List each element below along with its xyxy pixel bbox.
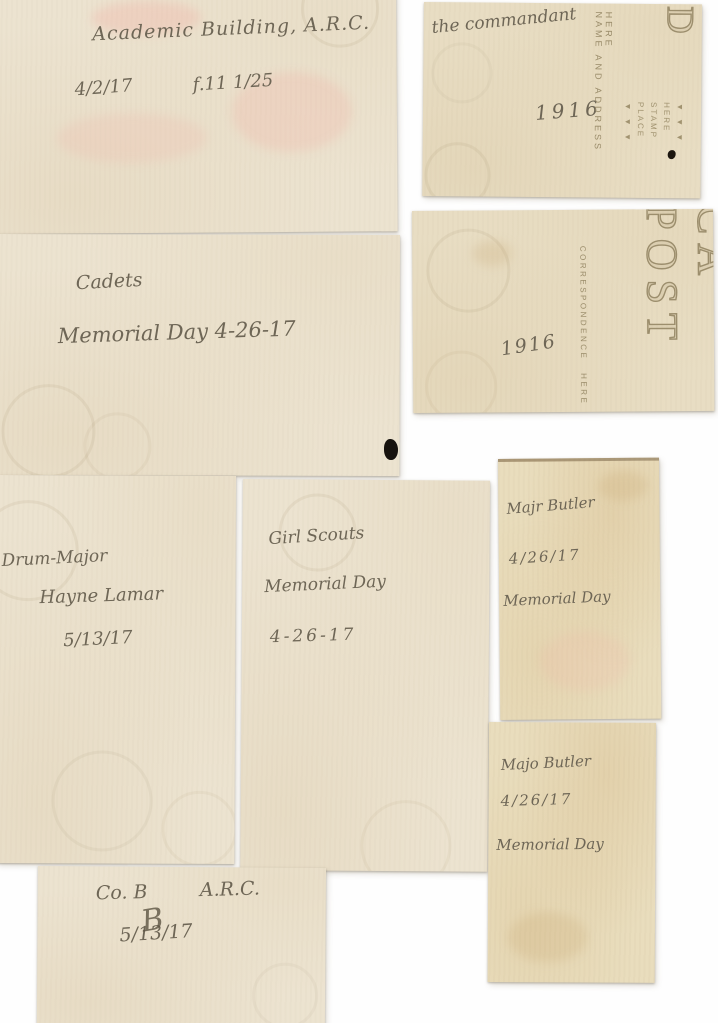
handwriting-date: 5/13/17 [63,627,133,651]
handwriting-caption: the commandant [431,4,577,38]
handwriting-date: 4/26/17 [500,790,572,810]
pink-stain [57,113,207,164]
handwriting-caption: Memorial Day [496,835,604,854]
photo-back-drum-major: Drum-Major Hayne Lamar 5/13/17 [0,475,236,864]
ring-stain [51,750,152,851]
printed-name-address-label: NAME AND ADDRESS HERE [592,11,614,183]
photo-back-academic-building: Academic Building, A.R.C. 4/2/17 f.11 1/… [0,0,398,234]
handwriting-caption: Memorial Day [503,587,611,610]
printed-post-card-text: POST CA [636,209,714,413]
brown-stain [598,471,648,501]
ring-stain [425,350,498,413]
handwriting-caption: Memorial Day 4-26-17 [57,316,296,348]
photo-back-major-butler-2: Majo Butler 4/26/17 Memorial Day [488,722,656,983]
photo-back-major-butler-1: Majr Butler 4/26/17 Memorial Day [498,458,661,720]
printed-stamp-box: ◄ ◄ ◄ PLACE STAMP HERE ◄ ◄ ◄ [620,102,686,189]
handwriting-caption: Memorial Day [264,572,387,598]
photo-back-co-b: Co. B A.R.C. 5/13/17 B [37,866,326,1023]
handwriting-date: 4/2/17 [74,75,133,100]
handwriting-unit: Co. B [96,881,148,904]
handwriting-date: 4-26-17 [270,625,357,647]
ring-stain [252,962,318,1023]
brown-stain [508,912,588,962]
handwriting-name: Majr Butler [506,493,596,518]
printed-correspondence-label: CORRESPONDENCE HERE [578,246,588,408]
postcard-back-1916: 1916 CORRESPONDENCE HERE POST CA [412,209,714,413]
pink-stain [540,631,631,692]
ring-stain [161,791,236,864]
ring-stain [1,384,95,476]
handwriting-org: A.R.C. [200,877,261,901]
ring-stain [431,42,493,104]
postmark-ring [424,142,491,198]
handwriting-name: Majo Butler [500,752,591,774]
handwriting-name: Hayne Lamar [39,583,163,608]
ring-stain [83,412,151,476]
brown-stain [472,240,512,266]
handwriting-date: 4/26/17 [508,546,581,568]
postcard-back-commandant: the commandant 1916 NAME AND ADDRESS HER… [422,2,702,198]
black-mounting-blob [384,439,398,460]
ring-stain [360,800,452,872]
printed-card-big-letter: D [658,6,702,34]
photo-back-girl-scouts: Girl Scouts Memorial Day 4-26-17 [240,479,490,872]
handwriting-title: Drum-Major [1,546,108,571]
handwriting-overwritten-letter: B [139,901,167,939]
handwriting-title: Cadets [75,269,143,294]
photo-back-cadets: Cadets Memorial Day 4-26-17 [0,234,400,476]
scanned-sheet-of-photo-backs: Academic Building, A.R.C. 4/2/17 f.11 1/… [0,0,718,1023]
handwriting-year: 1916 [499,330,558,360]
